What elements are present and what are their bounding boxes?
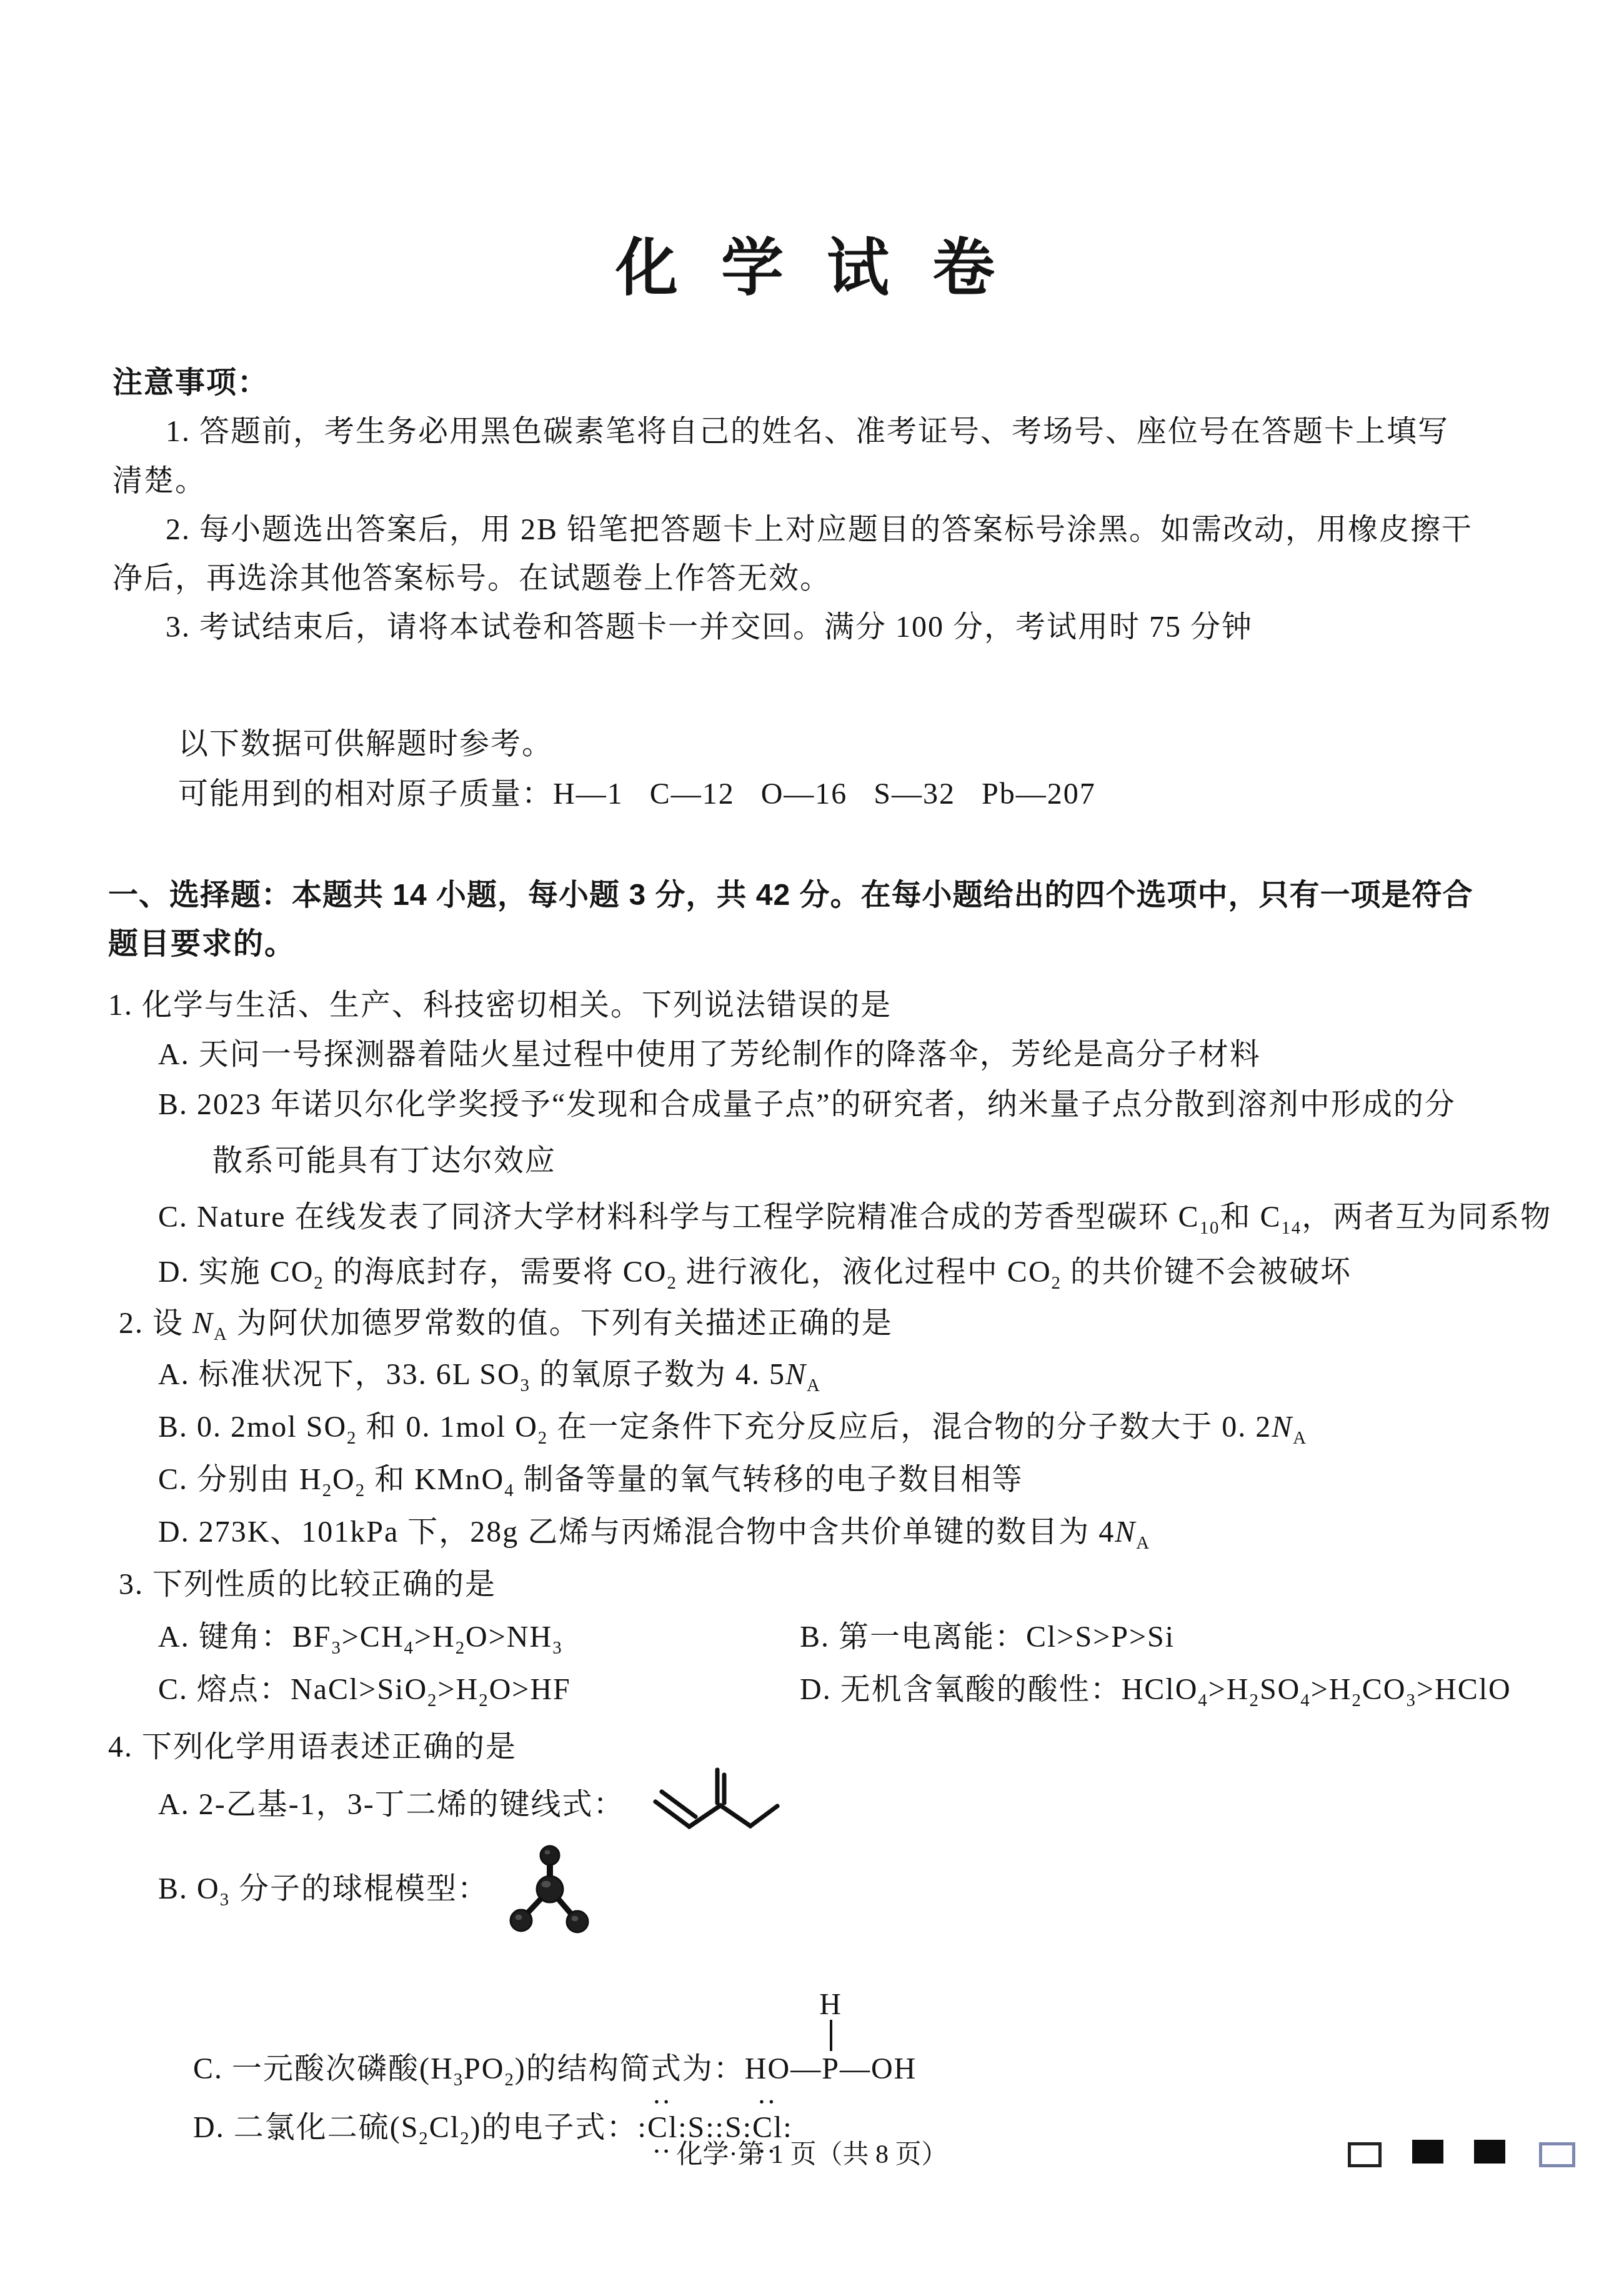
section1-heading-line2: 题目要求的。 bbox=[108, 927, 296, 961]
hpo2-p: P bbox=[822, 2052, 840, 2085]
print-registration-mark-blue bbox=[1539, 2142, 1575, 2167]
notice-p3: 3. 考试结束后，请将本试卷和答题卡一并交回。满分 100 分，考试用时 75 … bbox=[166, 610, 1253, 644]
q1-option-b-line2: 散系可能具有丁达尔效应 bbox=[212, 1144, 556, 1178]
q3-option-b: B. 第一电离能：Cl>S>P>Si bbox=[800, 1620, 1175, 1654]
exam-paper-page-1: 化 学 试 卷 注意事项： 1. 答题前，考生务必用黑色碳素笔将自己的姓名、准考… bbox=[0, 0, 1624, 2296]
reference-atomic-masses: 可能用到的相对原子质量：H—1 C—12 O—16 S—32 Pb—207 bbox=[178, 777, 1096, 811]
notice-p2-line2: 净后，再选涂其他答案标号。在试题卷上作答无效。 bbox=[112, 561, 831, 596]
q1-option-b-line1: B. 2023 年诺贝尔化学奖授予“发现和合成量子点”的研究者，纳米量子点分散到… bbox=[158, 1087, 1456, 1122]
q1-option-c: C. Nature 在线发表了同济大学材料科学与工程学院精准合成的芳香型碳环 C… bbox=[158, 1200, 1552, 1234]
ball-and-stick-model-icon bbox=[511, 1840, 592, 1934]
q2-option-d: D. 273K、101kPa 下，28g 乙烯与丙烯混合物中含共价单键的数目为 … bbox=[158, 1515, 1150, 1549]
q4-option-a-label: A. 2-乙基-1，3-丁二烯的键线式： bbox=[158, 1787, 625, 1822]
lone-pair-dots-top: ·· bbox=[758, 2092, 777, 2113]
page-title: 化 学 试 卷 bbox=[0, 217, 1624, 307]
hpo2-p-column: HP bbox=[822, 2052, 840, 2086]
hpo2-top-hydrogen: H bbox=[819, 1990, 842, 2020]
q3-option-a: A. 键角：BF3>CH4>H2O>NH3 bbox=[158, 1620, 563, 1654]
reference-intro: 以下数据可供解题时参考。 bbox=[178, 727, 553, 761]
hpo2-bond1: — bbox=[790, 2052, 822, 2085]
print-registration-mark-outline bbox=[1348, 2142, 1382, 2167]
hpo2-bond2: — bbox=[840, 2052, 871, 2085]
notice-p1-line1: 1. 答题前，考生务必用黑色碳素笔将自己的姓名、准考证号、考场号、座位号在答题卡… bbox=[166, 414, 1449, 449]
print-registration-mark-filled bbox=[1474, 2140, 1505, 2164]
q1-option-a: A. 天问一号探测器着陆火星过程中使用了芳纶制作的降落伞，芳纶是高分子材料 bbox=[158, 1037, 1261, 1072]
hpo2-vertical-bond bbox=[830, 2020, 832, 2051]
q2-stem: 2. 设 NA 为阿伏加德罗常数的值。下列有关描述正确的是 bbox=[119, 1306, 893, 1340]
q3-option-d: D. 无机含氧酸的酸性：HClO4>H2SO4>H2CO3>HClO bbox=[800, 1672, 1512, 1707]
notice-p1-line2: 清楚。 bbox=[112, 464, 206, 498]
notice-p2-line1: 2. 每小题选出答案后，用 2B 铅笔把答题卡上对应题目的答案标号涂黑。如需改动… bbox=[166, 512, 1473, 547]
q2-option-b: B. 0. 2mol SO2 和 0. 1mol O2 在一定条件下充分反应后，… bbox=[158, 1410, 1307, 1444]
skeletal-formula-icon bbox=[647, 1742, 781, 1836]
q3-stem: 3. 下列性质的比较正确的是 bbox=[119, 1567, 496, 1602]
print-registration-mark-filled bbox=[1412, 2140, 1443, 2164]
q1-option-d: D. 实施 CO2 的海底封存，需要将 CO2 进行液化，液化过程中 CO2 的… bbox=[158, 1255, 1352, 1289]
section1-heading-line1: 一、选择题：本题共 14 小题，每小题 3 分，共 42 分。在每小题给出的四个… bbox=[108, 878, 1473, 912]
hpo2-oh: OH bbox=[871, 2052, 917, 2085]
q2-option-c: C. 分别由 H2O2 和 KMnO4 制备等量的氧气转移的电子数目相等 bbox=[158, 1462, 1024, 1497]
q4-option-b-label: B. O3 分子的球棍模型： bbox=[158, 1872, 489, 1906]
lone-pair-dots-top: ·· bbox=[653, 2092, 672, 2113]
q4-stem: 4. 下列化学用语表述正确的是 bbox=[108, 1730, 517, 1764]
q3-option-c: C. 熔点：NaCl>SiO2>H2O>HF bbox=[158, 1672, 571, 1707]
notice-heading: 注意事项： bbox=[112, 366, 269, 400]
q1-stem: 1. 化学与生活、生产、科技密切相关。下列说法错误的是 bbox=[108, 988, 892, 1022]
q2-option-a: A. 标准状况下，33. 6L SO3 的氧原子数为 4. 5NA bbox=[158, 1357, 821, 1392]
